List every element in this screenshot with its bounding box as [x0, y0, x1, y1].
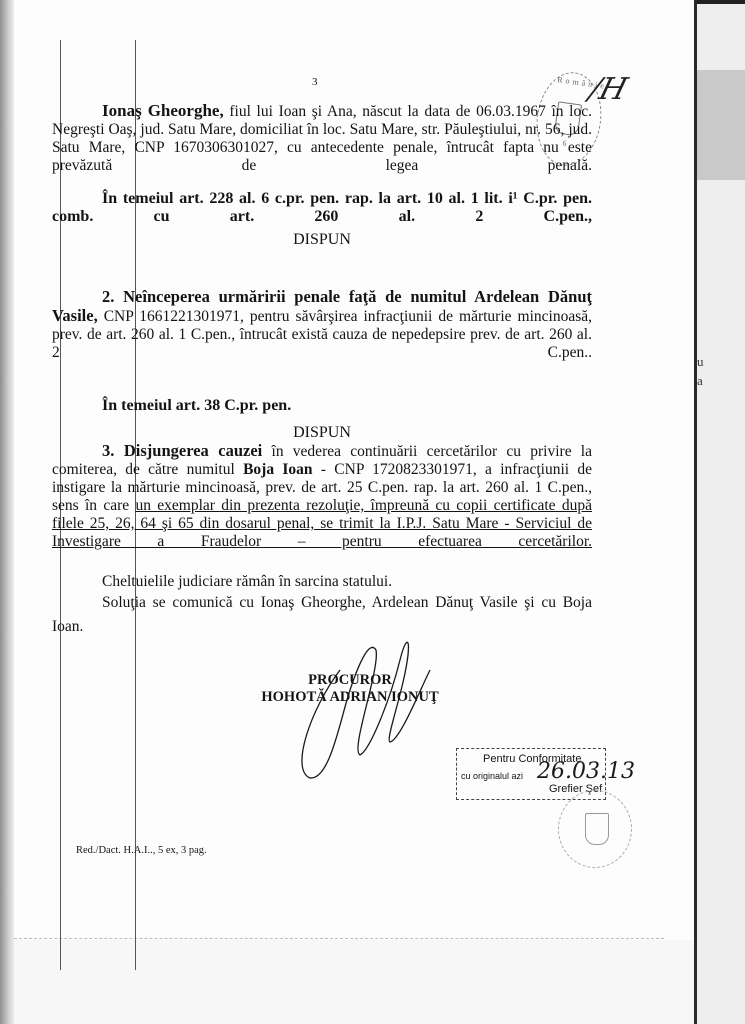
adjacent-page: u a — [697, 0, 745, 1024]
page-lower-shade — [14, 940, 694, 1024]
page-number: 3 — [312, 76, 318, 88]
legal-basis-1: În temeiul art. 228 al. 6 c.pr. pen. rap… — [52, 190, 592, 226]
official-stamp-bottom — [558, 790, 632, 868]
adjacent-letter: u — [697, 352, 704, 371]
adjacent-page-letters: u a — [697, 352, 704, 390]
adjacent-page-gray-block — [697, 70, 745, 180]
conformity-date: 26.03.13 — [537, 759, 635, 784]
adjacent-page-top-bar — [697, 0, 745, 4]
scan-left-shadow — [0, 0, 14, 1024]
dispun-heading-2: DISPUN — [52, 424, 592, 442]
handwritten-signature — [290, 630, 440, 790]
coat-of-arms-icon — [585, 813, 609, 845]
point-3-heading: 3. Disjungerea cauzei — [102, 441, 262, 460]
conformity-line-2: cu originalul azi — [461, 771, 523, 781]
paragraph-defendant: Ionaş Gheorghe, fiul lui Ioan şi Ana, nă… — [52, 102, 592, 175]
point-3-name: Boja Ioan — [243, 461, 312, 478]
defendant-name: Ionaş Gheorghe, — [102, 101, 224, 120]
fold-line — [14, 938, 664, 939]
adjacent-letter: a — [697, 371, 704, 390]
footer-reference: Red./Dact. H.A.I.., 5 ex, 3 pag. — [76, 845, 207, 856]
dispun-heading-1: DISPUN — [52, 231, 592, 249]
costs-paragraph: Cheltuielile judiciare rămân în sarcina … — [52, 573, 592, 591]
legal-basis-2: În temeiul art. 38 C.pr. pen. — [52, 397, 592, 415]
paragraph-point-2: 2. Neînceperea urmăririi penale faţă de … — [52, 288, 592, 362]
point-2-text: CNP 1661221301971, pentru săvârşirea inf… — [52, 308, 592, 361]
paragraph-point-3: 3. Disjungerea cauzei în vederea continu… — [52, 442, 592, 551]
